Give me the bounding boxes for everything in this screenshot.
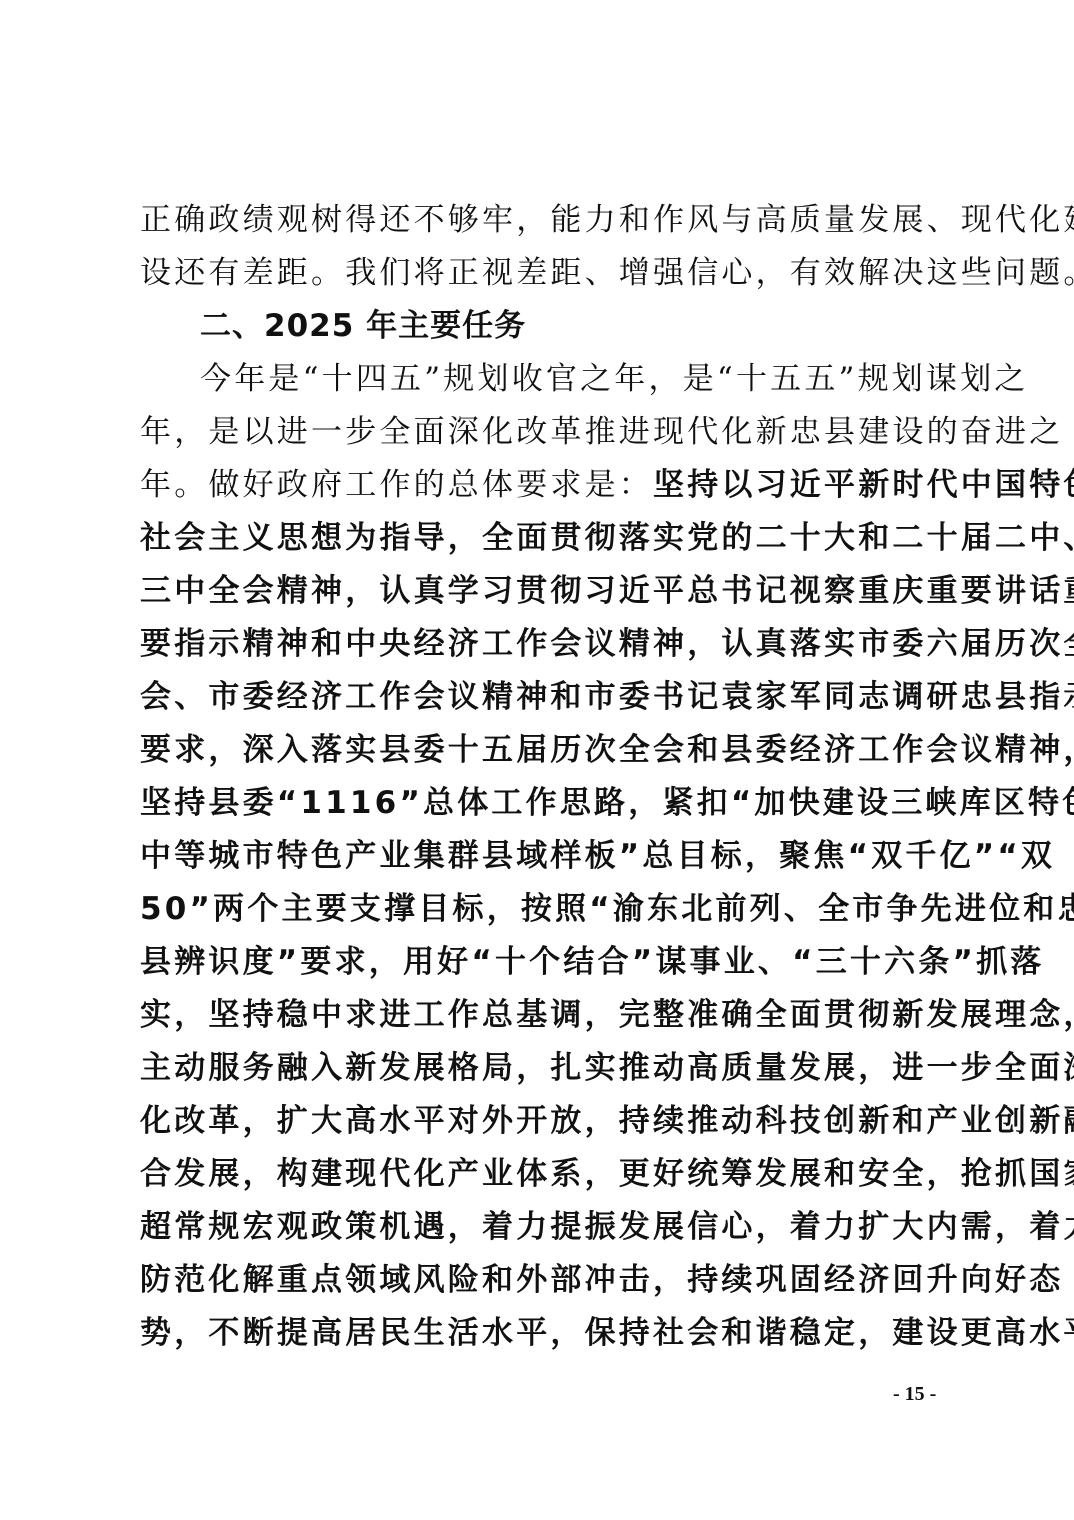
body-line-bold: 坚持以习近平新时代中国特色 [653, 467, 1074, 503]
body-line: 防范化解重点领域风险和外部冲击，持续巩固经济回升向好态 [140, 1260, 936, 1300]
body-line: 合发展，构建现代化产业体系，更好统筹发展和安全，抢抓国家 [140, 1154, 936, 1194]
section-heading: 二、2025 年主要任务 [200, 306, 996, 346]
body-line: 要指示精神和中央经济工作会议精神，认真落实市委六届历次全 [140, 624, 936, 664]
body-line: 年。做好政府工作的总体要求是：坚持以习近平新时代中国特色 [140, 465, 936, 505]
body-line: 坚持县委“1116”总体工作思路，紧扣“加快建设三峡库区特色 [140, 783, 936, 823]
body-line: 主动服务融入新发展格局，扎实推动高质量发展，进一步全面深 [140, 1048, 936, 1088]
body-line: 今年是“十四五”规划收官之年，是“十五五”规划谋划之 [200, 359, 936, 399]
page-number: - 15 - [893, 1383, 936, 1406]
body-line: 实，坚持稳中求进工作总基调，完整准确全面贯彻新发展理念， [140, 995, 936, 1035]
body-line: 超常规宏观政策机遇，着力提振发展信心，着力扩大内需，着力 [140, 1207, 936, 1247]
body-line: 化改革，扩大高水平对外开放，持续推动科技创新和产业创新融 [140, 1101, 936, 1141]
body-line: 势，不断提高居民生活水平，保持社会和谐稳定，建设更高水平 [140, 1313, 936, 1353]
body-line: 会、市委经济工作会议精神和市委书记袁家军同志调研忠县指示 [140, 677, 936, 717]
body-line: 社会主义思想为指导，全面贯彻落实党的二十大和二十届二中、 [140, 518, 936, 558]
body-line: 设还有差距。我们将正视差距、增强信心，有效解决这些问题。 [140, 253, 936, 293]
body-line-normal: 年。做好政府工作的总体要求是： [140, 467, 653, 503]
body-line: 年，是以进一步全面深化改革推进现代化新忠县建设的奋进之 [140, 412, 936, 452]
body-line: 中等城市特色产业集群县域样板”总目标，聚焦“双千亿”“双 [140, 836, 936, 876]
body-line: 三中全会精神，认真学习贯彻习近平总书记视察重庆重要讲话重 [140, 571, 936, 611]
body-line: 要求，深入落实县委十五届历次全会和县委经济工作会议精神， [140, 730, 936, 770]
body-line: 正确政绩观树得还不够牢，能力和作风与高质量发展、现代化建 [140, 200, 936, 240]
document-page: 正确政绩观树得还不够牢，能力和作风与高质量发展、现代化建 设还有差距。我们将正视… [0, 0, 1074, 1520]
body-line: 50”两个主要支撑目标，按照“渝东北前列、全市争先进位和忠 [140, 889, 936, 929]
body-line: 县辨识度”要求，用好“十个结合”谋事业、“三十六条”抓落 [140, 942, 936, 982]
